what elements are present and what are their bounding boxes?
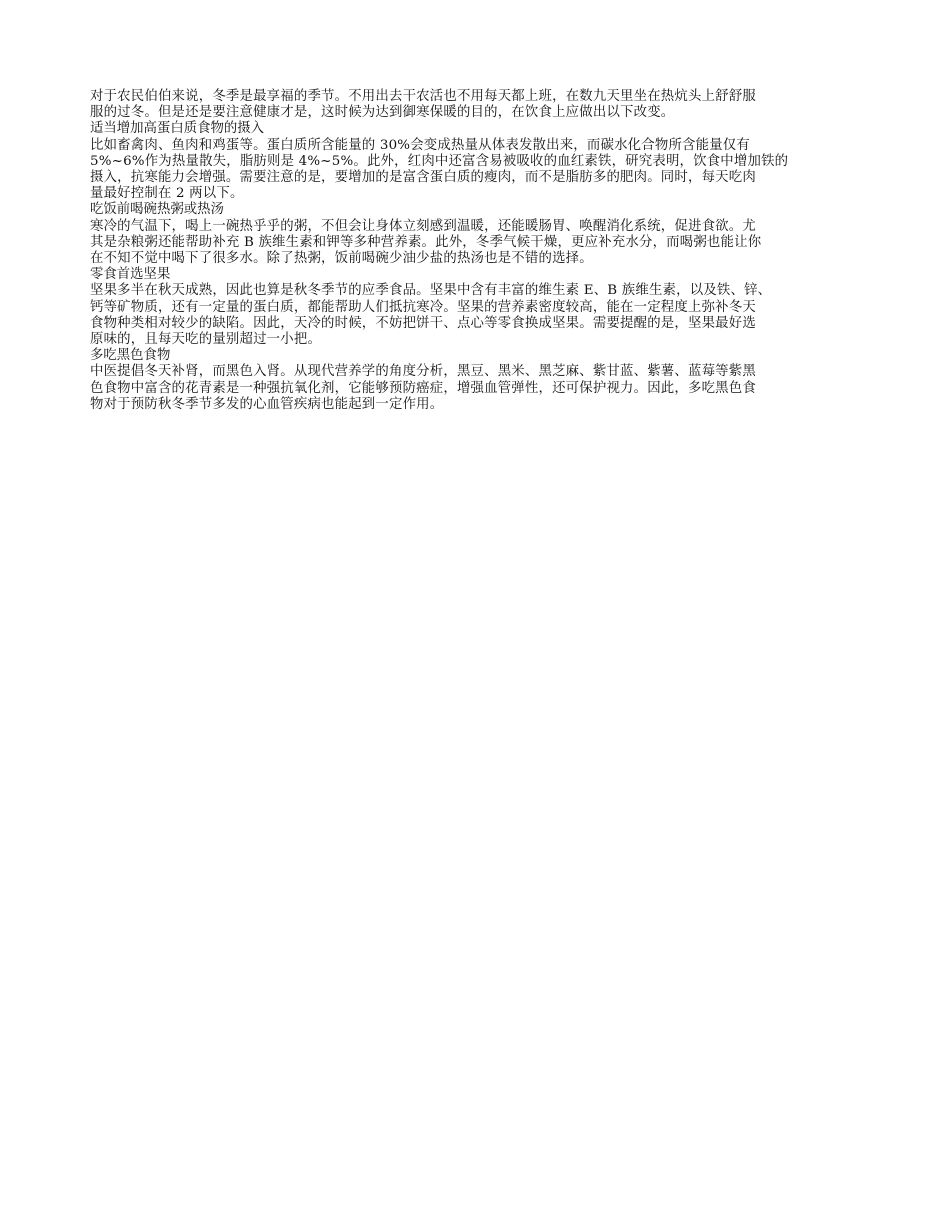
text-line: 服的过冬。但是还是要注意健康才是，这时候为达到御寒保暖的目的，在饮食上应做出以下… (90, 105, 860, 121)
text-line: 寒冷的气温下，喝上一碗热乎乎的粥，不但会让身体立刻感到温暖，还能暖肠胃、唤醒消化… (90, 219, 860, 235)
section-heading: 零食首选坚果 (90, 267, 860, 283)
text-line: 比如畜禽肉、鱼肉和鸡蛋等。蛋白质所含能量的 30%会变成热量从体表发散出来，而碳… (90, 138, 860, 154)
text-line: 钙等矿物质，还有一定量的蛋白质，都能帮助人们抵抗寒冷。坚果的营养素密度较高，能在… (90, 300, 860, 316)
text-line: 坚果多半在秋天成熟，因此也算是秋冬季节的应季食品。坚果中含有丰富的维生素 E、B… (90, 283, 860, 299)
intro-paragraph: 对于农民伯伯来说，冬季是最享福的季节。不用出去干农活也不用每天都上班，在数九天里… (90, 89, 860, 121)
section-nuts: 零食首选坚果 坚果多半在秋天成熟，因此也算是秋冬季节的应季食品。坚果中含有丰富的… (90, 267, 860, 348)
text-line: 量最好控制在 2 两以下。 (90, 186, 860, 202)
section-heading: 吃饭前喝碗热粥或热汤 (90, 202, 860, 218)
section-heading: 多吃黑色食物 (90, 348, 860, 364)
section-hot-porridge: 吃饭前喝碗热粥或热汤 寒冷的气温下，喝上一碗热乎乎的粥，不但会让身体立刻感到温暖… (90, 202, 860, 267)
text-line: 在不知不觉中喝下了很多水。除了热粥，饭前喝碗少油少盐的热汤也是不错的选择。 (90, 251, 860, 267)
text-line: 原味的，且每天吃的量别超过一小把。 (90, 332, 860, 348)
section-protein: 适当增加高蛋白质食物的摄入 比如畜禽肉、鱼肉和鸡蛋等。蛋白质所含能量的 30%会… (90, 121, 860, 202)
text-line: 食物种类相对较少的缺陷。因此，天冷的时候，不妨把饼干、点心等零食换成坚果。需要提… (90, 316, 860, 332)
text-line: 中医提倡冬天补肾，而黑色入肾。从现代营养学的角度分析，黑豆、黑米、黑芝麻、紫甘蓝… (90, 364, 860, 380)
text-line: 5%~6%作为热量散失，脂肪则是 4%~5%。此外，红肉中还富含易被吸收的血红素… (90, 154, 860, 170)
section-heading: 适当增加高蛋白质食物的摄入 (90, 121, 860, 137)
text-line: 摄入，抗寒能力会增强。需要注意的是，要增加的是富含蛋白质的瘦肉，而不是脂肪多的肥… (90, 170, 860, 186)
section-black-foods: 多吃黑色食物 中医提倡冬天补肾，而黑色入肾。从现代营养学的角度分析，黑豆、黑米、… (90, 348, 860, 413)
text-line: 色食物中富含的花青素是一种强抗氧化剂，它能够预防癌症，增强血管弹性，还可保护视力… (90, 381, 860, 397)
text-line: 物对于预防秋冬季节多发的心血管疾病也能起到一定作用。 (90, 397, 860, 413)
text-line: 其是杂粮粥还能帮助补充 B 族维生素和钾等多种营养素。此外，冬季气候干燥，更应补… (90, 235, 860, 251)
text-line: 对于农民伯伯来说，冬季是最享福的季节。不用出去干农活也不用每天都上班，在数九天里… (90, 89, 860, 105)
document-page: 对于农民伯伯来说，冬季是最享福的季节。不用出去干农活也不用每天都上班，在数九天里… (90, 89, 860, 413)
